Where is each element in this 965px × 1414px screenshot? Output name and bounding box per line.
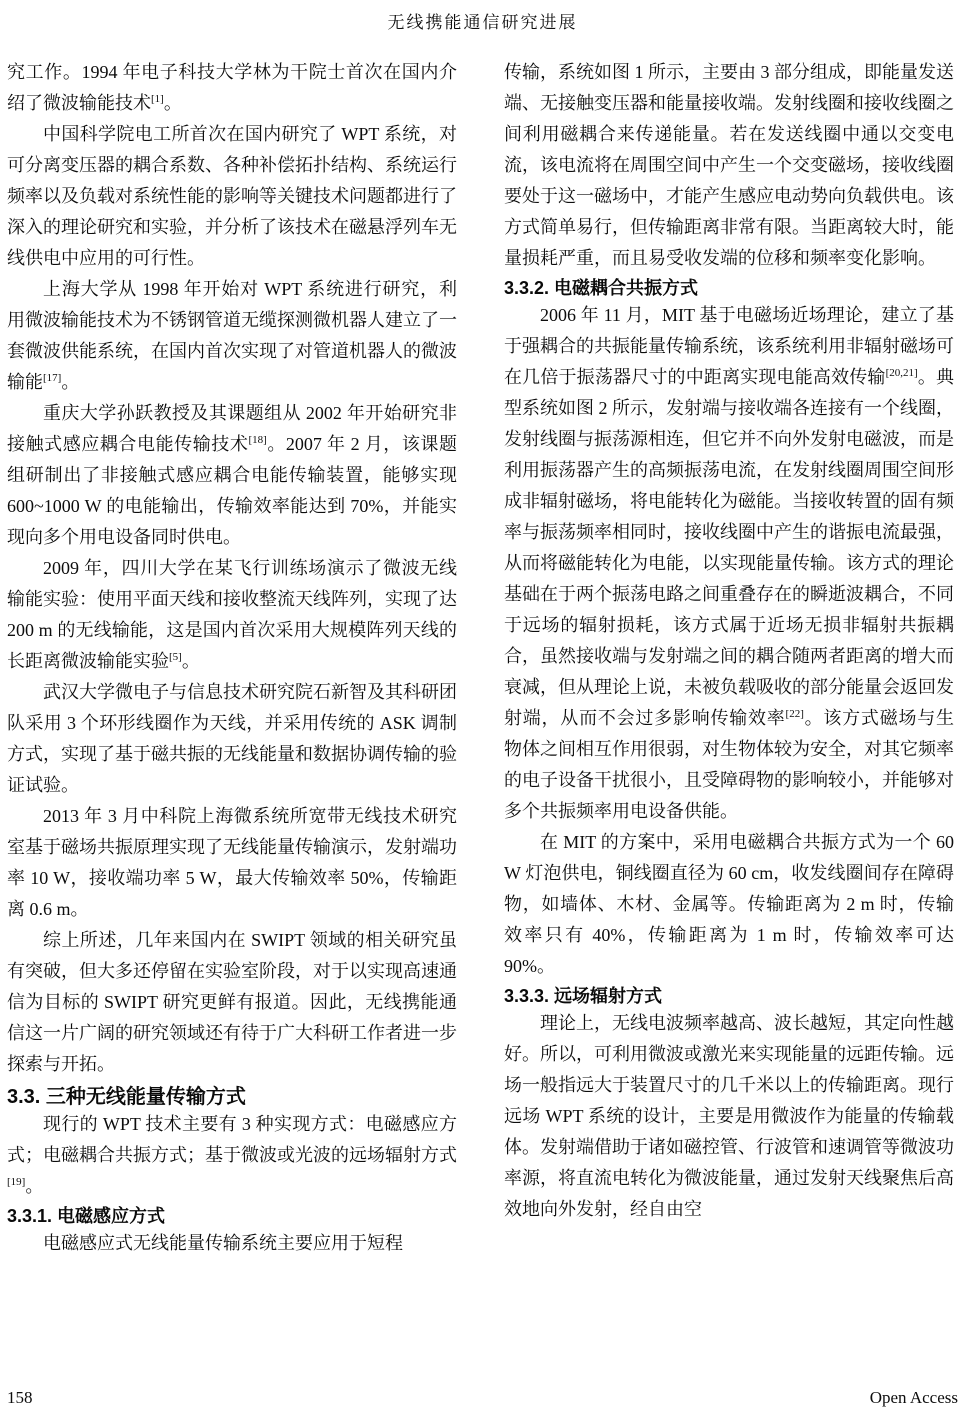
paragraph: 武汉大学微电子与信息技术研究院石新智及其科研团队采用 3 个环形线圈作为天线，并… bbox=[7, 677, 457, 801]
paragraph: 2009 年，四川大学在某飞行训练场演示了微波无线输能实验：使用平面天线和接收整… bbox=[7, 553, 457, 677]
running-title: 无线携能通信研究进展 bbox=[0, 0, 965, 33]
paragraph: 电磁感应式无线能量传输系统主要应用于短程 bbox=[7, 1228, 457, 1259]
section-heading: 3.3. 三种无线能量传输方式 bbox=[7, 1080, 457, 1109]
page-header: 无线携能通信研究进展 bbox=[0, 0, 965, 33]
section-heading: 3.3.2. 电磁耦合共振方式 bbox=[504, 274, 954, 300]
paragraph: 中国科学院电工所首次在国内研究了 WPT 系统，对可分离变压器的耦合系数、各种补… bbox=[7, 119, 457, 274]
two-column-layout: 究工作。1994 年电子科技大学林为干院士首次在国内介绍了微波输能技术[1]。中… bbox=[0, 57, 965, 1259]
left-column: 究工作。1994 年电子科技大学林为干院士首次在国内介绍了微波输能技术[1]。中… bbox=[7, 57, 457, 1259]
right-column: 传输，系统如图 1 所示，主要由 3 部分组成，即能量发送端、无接触变压器和能量… bbox=[504, 57, 954, 1259]
section-heading: 3.3.1. 电磁感应方式 bbox=[7, 1202, 457, 1228]
document-page: 无线携能通信研究进展 究工作。1994 年电子科技大学林为干院士首次在国内介绍了… bbox=[0, 0, 965, 1414]
citation-ref: [22] bbox=[786, 708, 804, 720]
paragraph: 理论上，无线电波频率越高、波长越短，其定向性越好。所以，可利用微波或激光来实现能… bbox=[504, 1008, 954, 1225]
paragraph: 究工作。1994 年电子科技大学林为干院士首次在国内介绍了微波输能技术[1]。 bbox=[7, 57, 457, 119]
paragraph: 现行的 WPT 技术主要有 3 种实现方式：电磁感应方式；电磁耦合共振方式；基于… bbox=[7, 1109, 457, 1202]
citation-ref: [17] bbox=[43, 372, 61, 384]
citation-ref: [5] bbox=[169, 651, 182, 663]
citation-ref: [20,21] bbox=[886, 367, 918, 379]
paragraph: 2006 年 11 月，MIT 基于电磁场近场理论，建立了基于强耦合的共振能量传… bbox=[504, 300, 954, 827]
paragraph: 综上所述，几年来国内在 SWIPT 领域的相关研究虽有突破，但大多还停留在实验室… bbox=[7, 925, 457, 1080]
paragraph: 在 MIT 的方案中，采用电磁耦合共振方式为一个 60 W 灯泡供电，铜线圈直径… bbox=[504, 827, 954, 982]
section-heading: 3.3.3. 远场辐射方式 bbox=[504, 982, 954, 1008]
citation-ref: [18] bbox=[248, 434, 266, 446]
paragraph: 重庆大学孙跃教授及其课题组从 2002 年开始研究非接触式感应耦合电能传输技术[… bbox=[7, 398, 457, 553]
journal-access-label: Open Access bbox=[870, 1388, 958, 1408]
paragraph: 传输，系统如图 1 所示，主要由 3 部分组成，即能量发送端、无接触变压器和能量… bbox=[504, 57, 954, 274]
page-footer: 158 Open Access bbox=[7, 1388, 958, 1408]
paragraph: 2013 年 3 月中科院上海微系统所宽带无线技术研究室基于磁场共振原理实现了无… bbox=[7, 801, 457, 925]
paragraph: 上海大学从 1998 年开始对 WPT 系统进行研究，利用微波输能技术为不锈钢管… bbox=[7, 274, 457, 398]
citation-ref: [1] bbox=[151, 93, 164, 105]
citation-ref: [19] bbox=[7, 1176, 25, 1188]
page-number: 158 bbox=[7, 1388, 33, 1408]
